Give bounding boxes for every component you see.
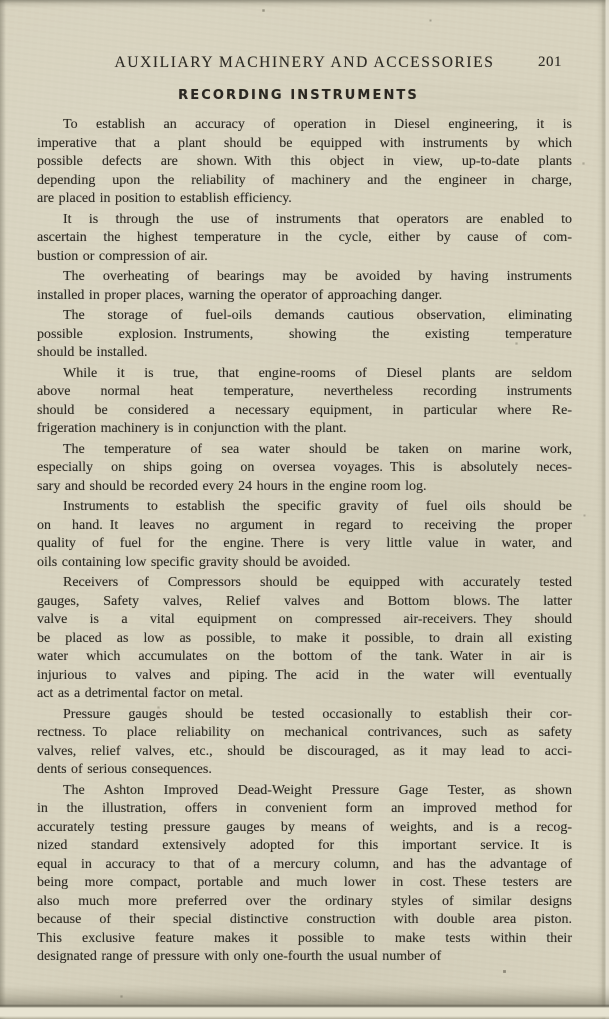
text-line: being more compact, portable and much lo… [37, 874, 572, 893]
text-line: act as a detrimental factor on metal. [37, 685, 572, 704]
page-edge-bottom [0, 985, 609, 1019]
text-line: installed in proper places, warning the … [37, 287, 572, 306]
text-line: gauges, Safety valves, Relief valves and… [37, 593, 572, 612]
book-page: AUXILIARY MACHINERY AND ACCESSORIES 201 … [0, 0, 609, 1019]
text-line: designated range of pressure with only o… [37, 948, 572, 967]
text-line: dents of serious consequences. [37, 761, 572, 780]
text-line: Receivers of Compressors should be equip… [37, 574, 572, 593]
text-line: frigeration machinery is in conjunction … [37, 420, 572, 439]
text-line: should be installed. [37, 344, 572, 363]
text-line: especially on ships going on oversea voy… [37, 459, 572, 478]
text-line: This exclusive feature makes it possible… [37, 930, 572, 949]
text-line: The Ashton Improved Dead-Weight Pressure… [37, 782, 572, 801]
section-heading: RECORDING INSTRUMENTS [0, 88, 597, 103]
text-line: are placed in position to establish effi… [37, 190, 572, 209]
text-line: nized standard extensively adopted for t… [37, 837, 572, 856]
paragraph: The overheating of bearings may be avoid… [37, 268, 572, 305]
text-line: in the illustration, offers in convenien… [37, 800, 572, 819]
paragraph: Pressure gauges should be tested occasio… [37, 706, 572, 780]
paragraph: The Ashton Improved Dead-Weight Pressure… [37, 782, 572, 967]
text-line: because of their special distinctive con… [37, 911, 572, 930]
text-line: To establish an accuracy of operation in… [37, 116, 572, 135]
page-edge-top [0, 0, 609, 8]
text-line: water which accumulates on the bottom of… [37, 648, 572, 667]
text-line: quality of fuel for the engine. There is… [37, 535, 572, 554]
text-line: possible explosion. Instruments, showing… [37, 326, 572, 345]
page-number: 201 [538, 54, 562, 71]
paragraph: It is through the use of instruments tha… [37, 211, 572, 267]
text-line: possible defects are shown. With this ob… [37, 153, 572, 172]
text-line: injurious to valves and piping. The acid… [37, 667, 572, 686]
text-line: Instruments to establish the specific gr… [37, 498, 572, 517]
text-line: imperative that a plant should be equipp… [37, 135, 572, 154]
text-line: also much more preferred over the ordina… [37, 893, 572, 912]
text-line: depending upon the reliability of machin… [37, 172, 572, 191]
running-head: AUXILIARY MACHINERY AND ACCESSORIES 201 [0, 54, 609, 74]
text-line: valves, relief valves, etc., should be d… [37, 743, 572, 762]
paragraph: To establish an accuracy of operation in… [37, 116, 572, 209]
text-line: The overheating of bearings may be avoid… [37, 268, 572, 287]
page-edge-left [0, 0, 6, 1019]
text-line: above normal heat temperature, neverthel… [37, 383, 572, 402]
text-line: Pressure gauges should be tested occasio… [37, 706, 572, 725]
body-text: To establish an accuracy of operation in… [37, 116, 572, 967]
text-line: ascertain the highest temperature in the… [37, 229, 572, 248]
paragraph: While it is true, that engine-rooms of D… [37, 365, 572, 439]
text-line: equal in accuracy to that of a mercury c… [37, 856, 572, 875]
text-line: should be considered a necessary equipme… [37, 402, 572, 421]
paragraph: Receivers of Compressors should be equip… [37, 574, 572, 704]
text-line: While it is true, that engine-rooms of D… [37, 365, 572, 384]
dust-specks [0, 0, 1, 1]
paragraph: Instruments to establish the specific gr… [37, 498, 572, 572]
text-line: on hand. It leaves no argument in regard… [37, 517, 572, 536]
running-head-title: AUXILIARY MACHINERY AND ACCESSORIES [0, 54, 609, 72]
page-edge-right [597, 0, 609, 1019]
text-line: oils containing low specific gravity sho… [37, 554, 572, 573]
text-line: be placed as low as possible, to make it… [37, 630, 572, 649]
text-line: accurately testing pressure gauges by me… [37, 819, 572, 838]
text-line: The temperature of sea water should be t… [37, 441, 572, 460]
text-line: bustion or compression of air. [37, 248, 572, 267]
text-line: valve is a vital equipment on compressed… [37, 611, 572, 630]
paragraph: The storage of fuel-oils demands cautiou… [37, 307, 572, 363]
text-line: rectness. To place reliability on mechan… [37, 724, 572, 743]
text-line: sary and should be recorded every 24 hou… [37, 478, 572, 497]
paragraph: The temperature of sea water should be t… [37, 441, 572, 497]
text-line: The storage of fuel-oils demands cautiou… [37, 307, 572, 326]
text-line: It is through the use of instruments tha… [37, 211, 572, 230]
